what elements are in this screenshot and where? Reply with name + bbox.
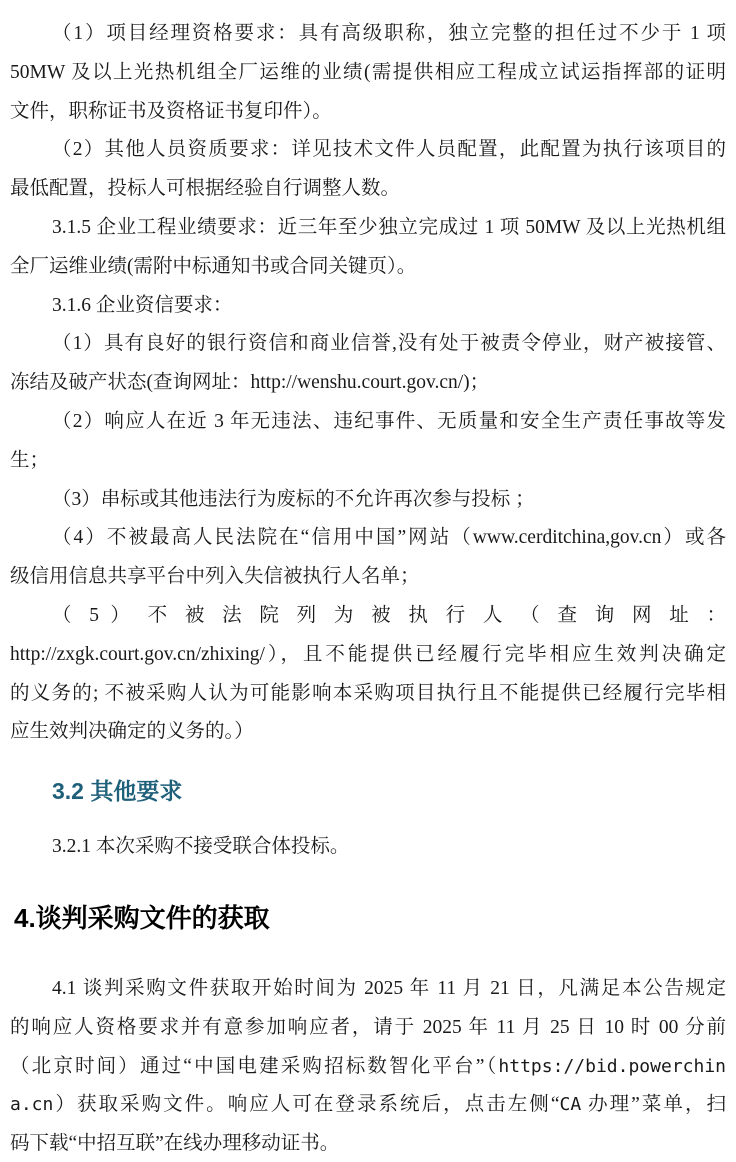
platform-url-text: https://bid.powerchin (498, 1056, 726, 1077)
paragraph-line: 生； (10, 442, 726, 481)
document-page: （1）项目经理资格要求：具有高级职称，独立完整的担任过不少于 1 项 50MW … (0, 0, 736, 1162)
text-run: 办理”菜单，扫 (581, 1094, 726, 1115)
text-run: ）获取采购文件。响应人可在登录系统后，点击左侧“ (53, 1094, 559, 1115)
chapter-heading-document-acquisition: 4.谈判采购文件的获取 (10, 900, 726, 936)
ca-menu-text: CA (560, 1094, 582, 1115)
paragraph-line: 的响应人资格要求并有意参加响应者，请于 2025 年 11 月 25 日 10 … (10, 1009, 726, 1048)
paragraph-line: 全厂运维业绩(需附中标通知书或合同关键页）。 (10, 248, 726, 287)
platform-url-text: a.cn (10, 1094, 53, 1115)
paragraph-line: 3.1.6 企业资信要求： (10, 287, 726, 326)
paragraph-line: （4）不被最高人民法院在“信用中国”网站（www.cerditchina,gov… (10, 519, 726, 558)
paragraph-line: 级信用信息共享平台中列入失信被执行人名单； (10, 558, 726, 597)
paragraph-line: 的义务的; 不被采购人认为可能影响本采购项目执行且不能提供已经履行完毕相 (10, 675, 726, 714)
paragraph-line: 冻结及破产状态(查询网址：http://wenshu.court.gov.cn/… (10, 364, 726, 403)
paragraph-line: （ 5 ） 不 被 法 院 列 为 被 执 行 人 （ 查 询 网 址 ： (10, 597, 726, 636)
paragraph-line: 码下载“中招互联”在线办理移动证书。 (10, 1125, 726, 1162)
text-run: （北京时间）通过“中国电建采购招标数智化平台”（ (10, 1056, 498, 1077)
paragraph-line: 50MW 及以上光热机组全厂运维的业绩(需提供相应工程成立试运指挥部的证明 (10, 54, 726, 93)
paragraph-line: （2）响应人在近 3 年无违法、违纪事件、无质量和安全生产责任事故等发 (10, 403, 726, 442)
paragraph-line: 最低配置，投标人可根据经验自行调整人数。 (10, 170, 726, 209)
paragraph-line: （3）串标或其他违法行为废标的不允许再次参与投标 ； (10, 481, 726, 520)
paragraph-line: 3.1.5 企业工程业绩要求：近三年至少独立完成过 1 项 50MW 及以上光热… (10, 209, 726, 248)
paragraph-line: （北京时间）通过“中国电建采购招标数智化平台”（https://bid.powe… (10, 1048, 726, 1087)
paragraph-line: a.cn）获取采购文件。响应人可在登录系统后，点击左侧“CA 办理”菜单，扫 (10, 1086, 726, 1125)
paragraph-line: （2）其他人员资质要求：详见技术文件人员配置，此配置为执行该项目的 (10, 131, 726, 170)
section-heading-other-requirements: 3.2 其他要求 (10, 775, 726, 807)
paragraph-line: 3.2.1 本次采购不接受联合体投标。 (10, 828, 726, 867)
paragraph-line: 4.1 谈判采购文件获取开始时间为 2025 年 11 月 21 日，凡满足本公… (10, 970, 726, 1009)
paragraph-line: http://zxgk.court.gov.cn/zhixing/），且不能提供… (10, 636, 726, 675)
paragraph-line: 应生效判决确定的义务的。） (10, 713, 726, 752)
paragraph-line: （1）项目经理资格要求：具有高级职称，独立完整的担任过不少于 1 项 (10, 15, 726, 54)
paragraph-line: 文件，职称证书及资格证书复印件）。 (10, 93, 726, 132)
paragraph-line: （1）具有良好的银行资信和商业信誉,没有处于被责令停业，财产被接管、 (10, 325, 726, 364)
